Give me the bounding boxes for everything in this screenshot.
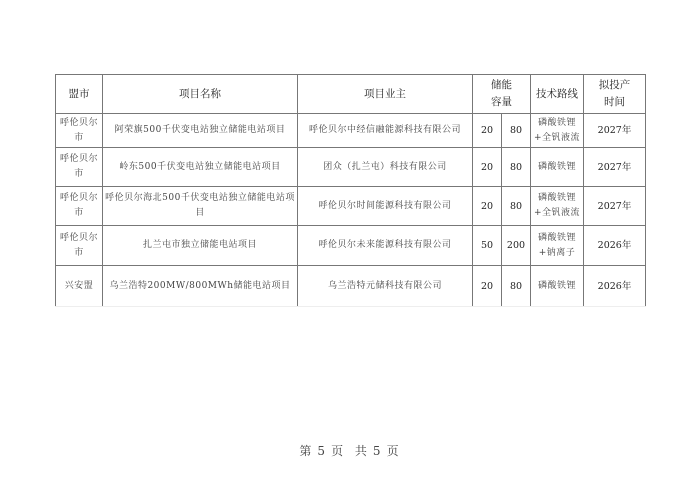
header-capacity-line2: 容量 — [491, 96, 512, 108]
cell-tech: 磷酸铁锂 — [531, 266, 584, 307]
cell-project-name: 乌兰浩特200MW/800MWh储能电站项目 — [103, 266, 298, 307]
cell-region: 呼伦贝尔市 — [56, 148, 103, 187]
cell-mw: 20 — [473, 266, 502, 307]
cell-region: 呼伦贝尔市 — [56, 114, 103, 148]
cell-time: 2026年 — [584, 266, 646, 307]
header-region: 盟市 — [56, 75, 103, 114]
cell-region: 呼伦贝尔市 — [56, 187, 103, 226]
header-capacity-line1: 储能 — [491, 79, 512, 91]
cell-owner: 呼伦贝尔时间能源科技有限公司 — [298, 187, 473, 226]
cell-project-name: 呼伦贝尔海北500千伏变电站独立储能电站项目 — [103, 187, 298, 226]
cell-time: 2026年 — [584, 226, 646, 266]
header-time-line2: 时间 — [604, 96, 625, 108]
cell-mw: 50 — [473, 226, 502, 266]
cell-owner: 呼伦贝尔中经信融能源科技有限公司 — [298, 114, 473, 148]
cell-owner: 呼伦贝尔未来能源科技有限公司 — [298, 226, 473, 266]
table-row: 呼伦贝尔市 扎兰屯市独立储能电站项目 呼伦贝尔未来能源科技有限公司 50 200… — [56, 226, 646, 266]
cell-mwh: 80 — [502, 187, 531, 226]
header-project-name: 项目名称 — [103, 75, 298, 114]
cell-project-name: 岭东500千伏变电站独立储能电站项目 — [103, 148, 298, 187]
footer-total-label: 共 — [355, 444, 369, 458]
header-tech: 技术路线 — [531, 75, 584, 114]
header-time-line1: 拟投产 — [599, 79, 631, 91]
cell-mwh: 80 — [502, 114, 531, 148]
header-time: 拟投产时间 — [584, 75, 646, 114]
cell-mwh: 200 — [502, 226, 531, 266]
cell-mw: 20 — [473, 148, 502, 187]
header-owner: 项目业主 — [298, 75, 473, 114]
cell-project-name: 阿荣旗500千伏变电站独立储能电站项目 — [103, 114, 298, 148]
table-row: 兴安盟 乌兰浩特200MW/800MWh储能电站项目 乌兰浩特元储科技有限公司 … — [56, 266, 646, 307]
cell-tech: 磷酸铁锂 — [531, 148, 584, 187]
total-page-number: 5 — [373, 444, 383, 458]
cell-tech: 磷酸铁锂+全钒液流 — [531, 187, 584, 226]
cell-mw: 20 — [473, 114, 502, 148]
cell-tech: 磷酸铁锂+全钒液流 — [531, 114, 584, 148]
cell-mw: 20 — [473, 187, 502, 226]
footer-suffix: 页 — [387, 444, 401, 458]
table-header-row: 盟市 项目名称 项目业主 储能容量 技术路线 拟投产时间 — [56, 75, 646, 114]
page-footer: 第5页 共5页 — [0, 442, 700, 459]
cell-time: 2027年 — [584, 114, 646, 148]
table-row: 呼伦贝尔市 岭东500千伏变电站独立储能电站项目 团众（扎兰屯）科技有限公司 2… — [56, 148, 646, 187]
cell-region: 呼伦贝尔市 — [56, 226, 103, 266]
cell-tech: 磷酸铁锂+钠离子 — [531, 226, 584, 266]
document-page: 盟市 项目名称 项目业主 储能容量 技术路线 拟投产时间 呼伦贝尔市 阿荣旗50… — [0, 0, 700, 494]
cell-owner: 乌兰浩特元储科技有限公司 — [298, 266, 473, 307]
cell-owner: 团众（扎兰屯）科技有限公司 — [298, 148, 473, 187]
table-row: 呼伦贝尔市 呼伦贝尔海北500千伏变电站独立储能电站项目 呼伦贝尔时间能源科技有… — [56, 187, 646, 226]
footer-page-label: 页 — [331, 444, 345, 458]
current-page-number: 5 — [317, 444, 327, 458]
footer-prefix: 第 — [299, 444, 313, 458]
project-table: 盟市 项目名称 项目业主 储能容量 技术路线 拟投产时间 呼伦贝尔市 阿荣旗50… — [55, 74, 646, 307]
cell-project-name: 扎兰屯市独立储能电站项目 — [103, 226, 298, 266]
cell-time: 2027年 — [584, 148, 646, 187]
cell-mwh: 80 — [502, 148, 531, 187]
cell-mwh: 80 — [502, 266, 531, 307]
cell-time: 2027年 — [584, 187, 646, 226]
table-row: 呼伦贝尔市 阿荣旗500千伏变电站独立储能电站项目 呼伦贝尔中经信融能源科技有限… — [56, 114, 646, 148]
cell-region: 兴安盟 — [56, 266, 103, 307]
header-capacity: 储能容量 — [473, 75, 531, 114]
